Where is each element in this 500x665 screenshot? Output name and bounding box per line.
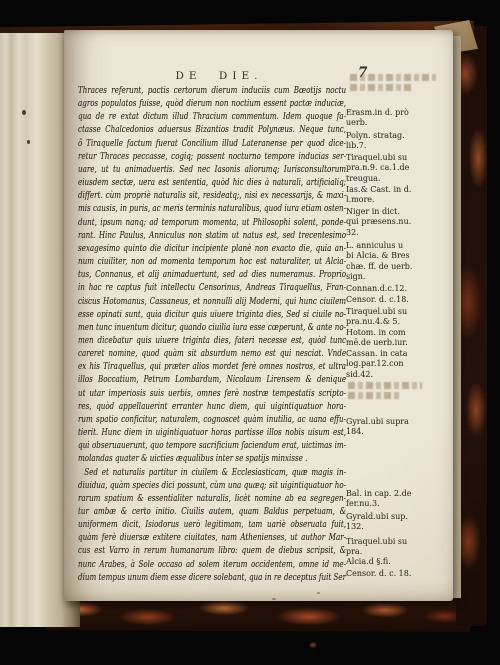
text-line: quàm ferè diuersæ extitere ciuitates, na… — [78, 531, 346, 544]
margin-note: Tiraquel.ubi su pra.n.9. ca.1.de treugua… — [346, 153, 448, 184]
ink-speck — [22, 110, 26, 115]
margin-note: Tiraquel.ubi su pra. — [346, 537, 448, 558]
book-photograph: DE DIE. 7 Thraces referunt, pactis certo… — [0, 0, 500, 665]
text-line: rant. Hinc Paulus, Anniculus non statim … — [78, 229, 346, 242]
text-line: mis causis, in puris, ac meris terminis … — [78, 202, 346, 215]
margin-note: Connan.d.c.12. — [346, 284, 448, 294]
text-line: ctasse Chalcedonios aduersus Bizantios t… — [78, 123, 346, 136]
ink-speck — [272, 598, 276, 600]
margin-note: Censor. d. c. 18. — [346, 569, 448, 579]
text-line: retur Thraces peccasse, cogiq; possent n… — [78, 150, 346, 163]
bleedthrough-line — [350, 84, 412, 91]
margin-note: Censor. d. c.18. — [346, 295, 448, 305]
text-line: uniformem dicit, Isiodorus uerò legitima… — [78, 518, 346, 531]
text-line: cus est Varro in rerum humanarum libro: … — [78, 544, 346, 557]
book-page: DE DIE. 7 Thraces referunt, pactis certo… — [64, 30, 453, 601]
running-header: DE DIE. — [94, 70, 344, 82]
margin-note: Cassan. in cata log.par.12.con sid.42. — [346, 349, 448, 380]
text-line: sexagesimo quinto die dicitur incipiente… — [78, 242, 346, 255]
margin-note: Tiraquel.ubi su pra.nu.4.& 5. — [346, 307, 448, 328]
ink-speck — [27, 140, 30, 144]
margin-note: Gyral.ubi supra 184. — [346, 417, 448, 438]
text-line: illos Boccatium, Petrum Lombardum, Nicol… — [78, 373, 346, 386]
margin-note: Gyrald.ubi sup. 132. — [346, 512, 448, 533]
text-line: dium tempus unum diem esse dicere soleba… — [78, 571, 346, 584]
margin-note: Niger in dict. qui præsens.nu. 32. — [346, 207, 448, 238]
page-number: 7 — [358, 65, 367, 81]
bleedthrough-line — [348, 392, 400, 399]
margin-note: Erasm.in d. prò uerb. — [346, 108, 448, 129]
text-line: qua de re extat dictum illud Thracium co… — [78, 110, 346, 123]
text-line: men tunc inuentum dicitur, quando ciuili… — [78, 321, 346, 334]
text-line: uare, ut tu animaduertis. Sed nec Iasoni… — [78, 163, 346, 176]
text-line: careret nomine, quod quàm sit absurdum n… — [78, 347, 346, 360]
text-line: ut utar imperiosis suis uerbis, omnes fe… — [78, 387, 346, 400]
text-line: diuidua, quàm species dici possunt, cùm … — [78, 479, 346, 492]
dust-speck — [310, 643, 316, 647]
text-line: qui obseruauerunt, quo tempore sacrifici… — [78, 439, 346, 452]
text-line: nunc Arabes, à Sole occaso ad solem iter… — [78, 558, 346, 571]
text-line: rum spatio conficitur, naturalem, cognos… — [78, 413, 346, 426]
text-line: tierit. Hunc diem in uigintiquatuor hora… — [78, 426, 346, 439]
bleedthrough-line — [348, 382, 422, 389]
ink-speck — [317, 592, 320, 594]
text-line: ô Tiraquelle factum fuerat Concilium ill… — [78, 137, 346, 150]
margin-note: Bal. in cap. 2.de fer.nu.3. — [346, 489, 448, 510]
margin-note: L. anniculus u bi Alcia. & Bres chæ. ff.… — [346, 241, 448, 283]
text-line: differt. cùm propriè naturalis sit, resi… — [78, 189, 346, 202]
text-line: tus, Connanus, et alij animaduertunt, se… — [78, 268, 346, 281]
text-line: esse opinati sunt, quia dicitur quis uiu… — [78, 308, 346, 321]
margin-note: Alcia.d §.fi. — [346, 557, 448, 567]
text-line: num ciuiliter, non ad momenta temporum h… — [78, 255, 346, 268]
text-line: molandas quater & uicties æqualibus inte… — [78, 452, 346, 465]
text-line: men dicebatur quis uiuere triginta dies,… — [78, 334, 346, 347]
text-line: tur ambæ & certo initio. Ciuilis autem, … — [78, 505, 346, 518]
margin-note: Polyn. stratag. lib.7. — [346, 131, 448, 152]
text-line: Thraces referunt, pactis certorum dierum… — [78, 84, 346, 97]
text-line: ex his Tiraquellus, qui præter alios mor… — [78, 360, 346, 373]
text-line: rarum spatium & essentialiter naturalis,… — [78, 492, 346, 505]
text-line: ciscus Hotomanus, Cassaneus, et nonnulli… — [78, 295, 346, 308]
main-text-block: Thraces referunt, pactis certorum dierum… — [78, 84, 346, 584]
text-line: eiusdem sectæ, uera est sententia, quòd … — [78, 176, 346, 189]
margin-note: Ias.& Cast. in d. l.more. — [346, 185, 448, 206]
text-line: in hac re captus fuit intellectu Censori… — [78, 281, 346, 294]
text-line: dunt, ipsum nanq; ad temporum momenta, u… — [78, 216, 346, 229]
margin-note: Hotom. in com mē.de uerb.iur. — [346, 328, 448, 349]
ink-bleedthrough — [348, 382, 422, 402]
text-line: agros populatos fuisse, quòd dierum non … — [78, 97, 346, 110]
text-line: res, quòd appellauerint erranter hunc di… — [78, 400, 346, 413]
text-line: Sed et naturalis partitur in ciuilem & E… — [78, 466, 346, 479]
